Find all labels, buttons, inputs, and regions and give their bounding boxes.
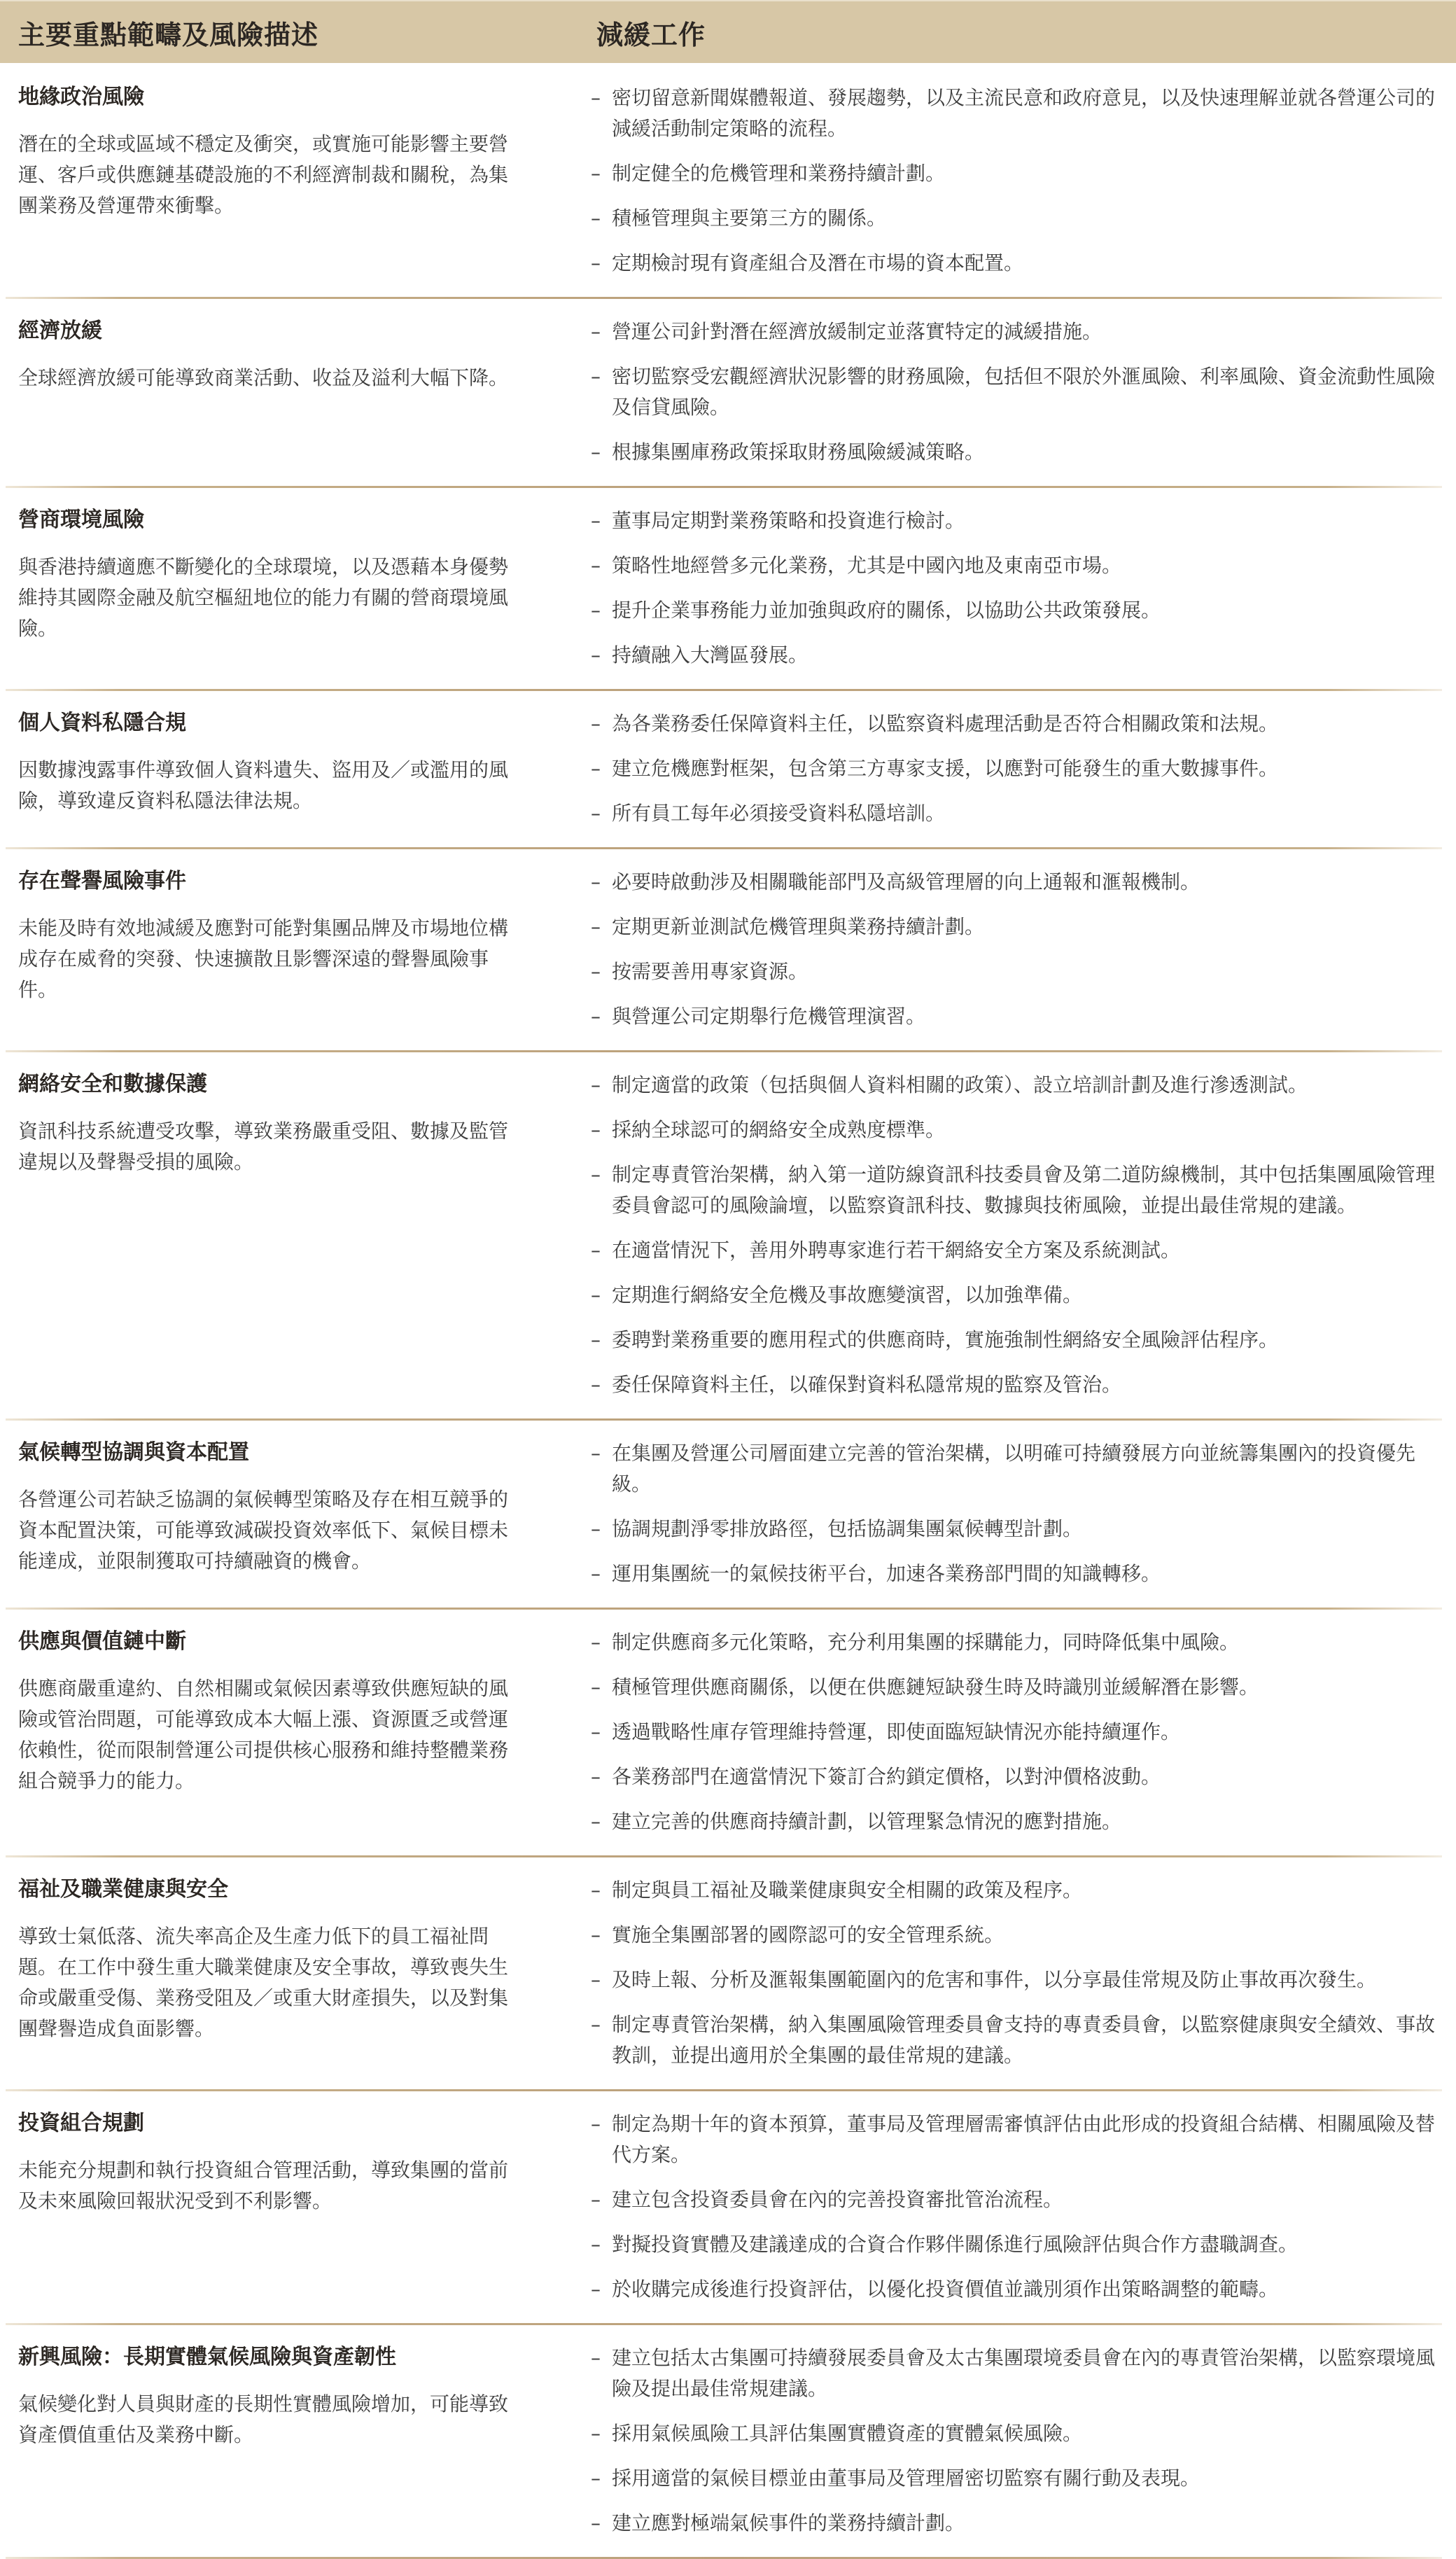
dash-bullet-icon: – [591,867,612,898]
mitigation-list: –營運公司針對潛在經濟放緩制定並落實特定的減緩措施。–密切監察受宏觀經濟狀況影響… [591,316,1442,468]
mitigation-text: 密切留意新聞媒體報道、發展趨勢，以及主流民意和政府意見，以及快速理解並就各營運公… [612,83,1442,144]
dash-bullet-icon: – [591,798,612,829]
table-row: 投資組合規劃未能充分規劃和執行投資組合管理活動，導致集團的當前及未來風險回報狀況… [0,2089,1456,2323]
mitigation-list: –密切留意新聞媒體報道、發展趨勢，以及主流民意和政府意見，以及快速理解並就各營運… [591,83,1442,279]
mitigation-text: 建立完善的供應商持續計劃，以管理緊急情況的應對措施。 [612,1806,1121,1837]
dash-bullet-icon: – [591,1514,612,1545]
mitigation-text: 對擬投資實體及建議達成的合資合作夥伴關係進行風險評估與合作方盡職調查。 [612,2229,1298,2260]
mitigation-text: 建立包含投資委員會在內的完善投資審批管治流程。 [612,2184,1063,2215]
dash-bullet-icon: – [591,1159,612,1221]
mitigation-text: 密切監察受宏觀經濟狀況影響的財務風險，包括但不限於外滙風險、利率風險、資金流動性… [612,361,1442,423]
dash-bullet-icon: – [591,640,612,671]
dash-bullet-icon: – [591,1627,612,1658]
mitigation-item: –定期檢討現有資產組合及潛在市場的資本配置。 [591,248,1442,279]
mitigation-list: –制定適當的政策（包括與個人資料相關的政策）、設立培訓計劃及進行滲透測試。–採納… [591,1070,1442,1400]
dash-bullet-icon: – [591,1875,612,1906]
mitigation-item: –建立包含投資委員會在內的完善投資審批管治流程。 [591,2184,1442,2215]
mitigation-list: –制定為期十年的資本預算，董事局及管理層需審慎評估由此形成的投資組合結構、相關風… [591,2109,1442,2305]
mitigation-item: –採用適當的氣候目標並由董事局及管理層密切監察有關行動及表現。 [591,2463,1442,2494]
table-row: 福祉及職業健康與安全導致士氣低落、流失率高企及生產力低下的員工福祉問題。在工作中… [0,1855,1456,2089]
mitigation-item: –透過戰略性庫存管理維持營運，即使面臨短缺情況亦能持續運作。 [591,1717,1442,1748]
dash-bullet-icon: – [591,1806,612,1837]
mitigation-cell: –制定適當的政策（包括與個人資料相關的政策）、設立培訓計劃及進行滲透測試。–採納… [574,1070,1456,1400]
table-row: 個人資料私隱合規因數據洩露事件導致個人資料遺失、盜用及／或濫用的風險，導致違反資… [0,689,1456,847]
risk-description: 導致士氣低落、流失率高企及生產力低下的員工福祉問題。在工作中發生重大職業健康及安… [18,1921,511,2044]
mitigation-text: 提升企業事務能力並加強與政府的關係，以協助公共政策發展。 [612,595,1161,626]
dash-bullet-icon: – [591,1559,612,1589]
dash-bullet-icon: – [591,203,612,234]
dash-bullet-icon: – [591,1115,612,1145]
mitigation-item: –委聘對業務重要的應用程式的供應商時，實施強制性網絡安全風險評估程序。 [591,1325,1442,1355]
dash-bullet-icon: – [591,1369,612,1400]
dash-bullet-icon: – [591,2109,612,2170]
table-row: 地緣政治風險潛在的全球或區域不穩定及衝突，或實施可能影響主要營運、客戶或供應鏈基… [0,63,1456,297]
dash-bullet-icon: – [591,248,612,279]
table-row: 經濟放緩全球經濟放緩可能導致商業活動、收益及溢利大幅下降。–營運公司針對潛在經濟… [0,297,1456,486]
mitigation-cell: –為各業務委任保障資料主任，以監察資料處理活動是否符合相關政策和法規。–建立危機… [574,709,1456,829]
mitigation-item: –制定與員工福祉及職業健康與安全相關的政策及程序。 [591,1875,1442,1906]
dash-bullet-icon: – [591,2508,612,2539]
mitigation-list: –董事局定期對業務策略和投資進行檢討。–策略性地經營多元化業務，尤其是中國內地及… [591,505,1442,671]
risk-title: 新興風險：長期實體氣候風險與資產韌性 [18,2343,511,2372]
dash-bullet-icon: – [591,1762,612,1792]
table-row: 氣候轉型協調與資本配置各營運公司若缺乏協調的氣候轉型策略及存在相互競爭的資本配置… [0,1418,1456,1608]
table-row: 新興風險：長期實體氣候風險與資產韌性氣候變化對人員與財產的長期性實體風險增加，可… [0,2323,1456,2557]
dash-bullet-icon: – [591,1965,612,1995]
risk-cell: 個人資料私隱合規因數據洩露事件導致個人資料遺失、盜用及／或濫用的風險，導致違反資… [0,709,574,829]
mitigation-item: –密切留意新聞媒體報道、發展趨勢，以及主流民意和政府意見，以及快速理解並就各營運… [591,83,1442,144]
mitigation-cell: –密切留意新聞媒體報道、發展趨勢，以及主流民意和政府意見，以及快速理解並就各營運… [574,83,1456,279]
risk-title: 營商環境風險 [18,505,511,535]
dash-bullet-icon: – [591,361,612,423]
mitigation-item: –於收購完成後進行投資評估，以優化投資價值並識別須作出策略調整的範疇。 [591,2274,1442,2305]
mitigation-text: 按需要善用專家資源。 [612,956,808,987]
mitigation-cell: –董事局定期對業務策略和投資進行檢討。–策略性地經營多元化業務，尤其是中國內地及… [574,505,1456,671]
mitigation-item: –所有員工每年必須接受資料私隱培訓。 [591,798,1442,829]
mitigation-text: 在集團及營運公司層面建立完善的管治架構，以明確可持續發展方向並統籌集團內的投資優… [612,1438,1442,1500]
mitigation-item: –根據集團庫務政策採取財務風險緩減策略。 [591,437,1442,468]
dash-bullet-icon: – [591,595,612,626]
dash-bullet-icon: – [591,912,612,942]
mitigation-item: –實施全集團部署的國際認可的安全管理系統。 [591,1920,1442,1951]
mitigation-item: –協調規劃淨零排放路徑，包括協調集團氣候轉型計劃。 [591,1514,1442,1545]
mitigation-text: 制定專責管治架構，納入第一道防線資訊科技委員會及第二道防線機制，其中包括集團風險… [612,1159,1442,1221]
mitigation-text: 為各業務委任保障資料主任，以監察資料處理活動是否符合相關政策和法規。 [612,709,1278,739]
mitigation-text: 採用適當的氣候目標並由董事局及管理層密切監察有關行動及表現。 [612,2463,1200,2494]
mitigation-text: 必要時啟動涉及相關職能部門及高級管理層的向上通報和滙報機制。 [612,867,1200,898]
dash-bullet-icon: – [591,2418,612,2449]
mitigation-text: 定期更新並測試危機管理與業務持續計劃。 [612,912,984,942]
mitigation-item: –在集團及營運公司層面建立完善的管治架構，以明確可持續發展方向並統籌集團內的投資… [591,1438,1442,1500]
mitigation-text: 委任保障資料主任，以確保對資料私隱常規的監察及管治。 [612,1369,1121,1400]
mitigation-list: –制定供應商多元化策略，充分利用集團的採購能力，同時降低集中風險。–積極管理供應… [591,1627,1442,1837]
mitigation-text: 運用集團統一的氣候技術平台，加速各業務部門間的知識轉移。 [612,1559,1161,1589]
risk-title: 存在聲譽風險事件 [18,867,511,896]
mitigation-item: –對擬投資實體及建議達成的合資合作夥伴關係進行風險評估與合作方盡職調查。 [591,2229,1442,2260]
dash-bullet-icon: – [591,1672,612,1703]
risk-description: 與香港持續適應不斷變化的全球環境，以及憑藉本身優勢維持其國際金融及航空樞紐地位的… [18,552,511,644]
mitigation-item: –董事局定期對業務策略和投資進行檢討。 [591,505,1442,536]
mitigation-text: 於收購完成後進行投資評估，以優化投資價值並識別須作出策略調整的範疇。 [612,2274,1278,2305]
mitigation-text: 建立包括太古集團可持續發展委員會及太古集團環境委員會在內的專責管治架構，以監察環… [612,2343,1442,2404]
mitigation-item: –在適當情況下，善用外聘專家進行若干網絡安全方案及系統測試。 [591,1235,1442,1266]
mitigation-text: 制定為期十年的資本預算，董事局及管理層需審慎評估由此形成的投資組合結構、相關風險… [612,2109,1442,2170]
mitigation-item: –必要時啟動涉及相關職能部門及高級管理層的向上通報和滙報機制。 [591,867,1442,898]
dash-bullet-icon: – [591,2343,612,2404]
header-risk-label: 主要重點範疇及風險描述 [18,20,318,50]
mitigation-text: 所有員工每年必須接受資料私隱培訓。 [612,798,945,829]
mitigation-item: –建立完善的供應商持續計劃，以管理緊急情況的應對措施。 [591,1806,1442,1837]
risk-description: 潛在的全球或區域不穩定及衝突，或實施可能影響主要營運、客戶或供應鏈基礎設施的不利… [18,129,511,221]
mitigation-item: –建立危機應對框架，包含第三方專家支援，以應對可能發生的重大數據事件。 [591,753,1442,784]
mitigation-text: 在適當情況下，善用外聘專家進行若干網絡安全方案及系統測試。 [612,1235,1180,1266]
risk-cell: 供應與價值鏈中斷供應商嚴重違約、自然相關或氣候因素導致供應短缺的風險或管治問題，… [0,1627,574,1837]
risk-cell: 氣候轉型協調與資本配置各營運公司若缺乏協調的氣候轉型策略及存在相互競爭的資本配置… [0,1438,574,1589]
mitigation-text: 建立應對極端氣候事件的業務持續計劃。 [612,2508,965,2539]
dash-bullet-icon: – [591,1438,612,1500]
mitigation-item: –積極管理與主要第三方的關係。 [591,203,1442,234]
mitigation-cell: –制定為期十年的資本預算，董事局及管理層需審慎評估由此形成的投資組合結構、相關風… [574,2109,1456,2305]
risk-title: 福祉及職業健康與安全 [18,1875,511,1904]
mitigation-text: 採用氣候風險工具評估集團實體資產的實體氣候風險。 [612,2418,1082,2449]
risk-title: 個人資料私隱合規 [18,709,511,738]
mitigation-cell: –必要時啟動涉及相關職能部門及高級管理層的向上通報和滙報機制。–定期更新並測試危… [574,867,1456,1032]
risk-cell: 營商環境風險與香港持續適應不斷變化的全球環境，以及憑藉本身優勢維持其國際金融及航… [0,505,574,671]
mitigation-item: –與營運公司定期舉行危機管理演習。 [591,1001,1442,1032]
risk-description: 未能充分規劃和執行投資組合管理活動，導致集團的當前及未來風險回報狀況受到不利影響… [18,2155,511,2217]
mitigation-text: 根據集團庫務政策採取財務風險緩減策略。 [612,437,984,468]
mitigation-text: 積極管理與主要第三方的關係。 [612,203,886,234]
risk-cell: 福祉及職業健康與安全導致士氣低落、流失率高企及生產力低下的員工福祉問題。在工作中… [0,1875,574,2071]
mitigation-list: –在集團及營運公司層面建立完善的管治架構，以明確可持續發展方向並統籌集團內的投資… [591,1438,1442,1589]
mitigation-text: 制定適當的政策（包括與個人資料相關的政策）、設立培訓計劃及進行滲透測試。 [612,1070,1308,1101]
mitigation-text: 營運公司針對潛在經濟放緩制定並落實特定的減緩措施。 [612,316,1102,347]
mitigation-text: 定期進行網絡安全危機及事故應變演習，以加強準備。 [612,1280,1082,1311]
mitigation-item: –建立應對極端氣候事件的業務持續計劃。 [591,2508,1442,2539]
mitigation-list: –必要時啟動涉及相關職能部門及高級管理層的向上通報和滙報機制。–定期更新並測試危… [591,867,1442,1032]
dash-bullet-icon: – [591,1001,612,1032]
dash-bullet-icon: – [591,1235,612,1266]
mitigation-text: 制定與員工福祉及職業健康與安全相關的政策及程序。 [612,1875,1082,1906]
mitigation-item: –營運公司針對潛在經濟放緩制定並落實特定的減緩措施。 [591,316,1442,347]
dash-bullet-icon: – [591,158,612,189]
dash-bullet-icon: – [591,437,612,468]
mitigation-text: 積極管理供應商關係，以便在供應鏈短缺發生時及時識別並緩解潛在影響。 [612,1672,1259,1703]
dash-bullet-icon: – [591,1717,612,1748]
mitigation-item: –制定適當的政策（包括與個人資料相關的政策）、設立培訓計劃及進行滲透測試。 [591,1070,1442,1101]
table-row: 營商環境風險與香港持續適應不斷變化的全球環境，以及憑藉本身優勢維持其國際金融及航… [0,486,1456,689]
mitigation-cell: –營運公司針對潛在經濟放緩制定並落實特定的減緩措施。–密切監察受宏觀經濟狀況影響… [574,316,1456,468]
header-mitigation-label: 減緩工作 [596,20,706,50]
mitigation-item: –制定專責管治架構，納入第一道防線資訊科技委員會及第二道防線機制，其中包括集團風… [591,1159,1442,1221]
dash-bullet-icon: – [591,316,612,347]
dash-bullet-icon: – [591,550,612,581]
risk-description: 各營運公司若缺乏協調的氣候轉型策略及存在相互競爭的資本配置決策，可能導致減碳投資… [18,1484,511,1577]
mitigation-text: 實施全集團部署的國際認可的安全管理系統。 [612,1920,1004,1951]
mitigation-cell: –制定供應商多元化策略，充分利用集團的採購能力，同時降低集中風險。–積極管理供應… [574,1627,1456,1837]
dash-bullet-icon: – [591,1325,612,1355]
risk-description: 氣候變化對人員與財產的長期性實體風險增加，可能導致資產價值重估及業務中斷。 [18,2389,511,2450]
risk-title: 經濟放緩 [18,316,511,346]
dash-bullet-icon: – [591,709,612,739]
risk-cell: 地緣政治風險潛在的全球或區域不穩定及衝突，或實施可能影響主要營運、客戶或供應鏈基… [0,83,574,279]
mitigation-text: 及時上報、分析及滙報集團範圍內的危害和事件，以分享最佳常規及防止事故再次發生。 [612,1965,1376,1995]
risk-title: 供應與價值鏈中斷 [18,1627,511,1657]
dash-bullet-icon: – [591,2463,612,2494]
risk-description: 未能及時有效地減緩及應對可能對集團品牌及市場地位構成存在威脅的突發、快速擴散且影… [18,913,511,1005]
mitigation-text: 透過戰略性庫存管理維持營運，即使面臨短缺情況亦能持續運作。 [612,1717,1180,1748]
mitigation-item: –密切監察受宏觀經濟狀況影響的財務風險，包括但不限於外滙風險、利率風險、資金流動… [591,361,1442,423]
mitigation-text: 建立危機應對框架，包含第三方專家支援，以應對可能發生的重大數據事件。 [612,753,1278,784]
mitigation-item: –按需要善用專家資源。 [591,956,1442,987]
dash-bullet-icon: – [591,2274,612,2305]
mitigation-item: –各業務部門在適當情況下簽訂合約鎖定價格，以對沖價格波動。 [591,1762,1442,1792]
mitigation-list: –為各業務委任保障資料主任，以監察資料處理活動是否符合相關政策和法規。–建立危機… [591,709,1442,829]
mitigation-item: –制定健全的危機管理和業務持續計劃。 [591,158,1442,189]
mitigation-item: –定期更新並測試危機管理與業務持續計劃。 [591,912,1442,942]
table-row: 供應與價值鏈中斷供應商嚴重違約、自然相關或氣候因素導致供應短缺的風險或管治問題，… [0,1608,1456,1855]
mitigation-text: 定期檢討現有資產組合及潛在市場的資本配置。 [612,248,1023,279]
mitigation-text: 協調規劃淨零排放路徑，包括協調集團氣候轉型計劃。 [612,1514,1082,1545]
mitigation-text: 制定專責管治架構，納入集團風險管理委員會支持的專責委員會，以監察健康與安全績效、… [612,2009,1442,2071]
mitigation-item: –定期進行網絡安全危機及事故應變演習，以加強準備。 [591,1280,1442,1311]
mitigation-item: –制定供應商多元化策略，充分利用集團的採購能力，同時降低集中風險。 [591,1627,1442,1658]
dash-bullet-icon: – [591,505,612,536]
dash-bullet-icon: – [591,1920,612,1951]
header-col-mitigation: 減緩工作 [574,13,1456,52]
dash-bullet-icon: – [591,2009,612,2071]
risk-description: 供應商嚴重違約、自然相關或氣候因素導致供應短缺的風險或管治問題，可能導致成本大幅… [18,1673,511,1797]
mitigation-list: –制定與員工福祉及職業健康與安全相關的政策及程序。–實施全集團部署的國際認可的安… [591,1875,1442,2071]
risk-title: 氣候轉型協調與資本配置 [18,1438,511,1467]
mitigation-text: 策略性地經營多元化業務，尤其是中國內地及東南亞市場。 [612,550,1121,581]
mitigation-text: 持續融入大灣區發展。 [612,640,808,671]
risk-title: 地緣政治風險 [18,83,511,112]
dash-bullet-icon: – [591,83,612,144]
mitigation-cell: –在集團及營運公司層面建立完善的管治架構，以明確可持續發展方向並統籌集團內的投資… [574,1438,1456,1589]
dash-bullet-icon: – [591,1070,612,1101]
mitigation-list: –建立包括太古集團可持續發展委員會及太古集團環境委員會在內的專責管治架構，以監察… [591,2343,1442,2539]
mitigation-item: –持續融入大灣區發展。 [591,640,1442,671]
mitigation-text: 董事局定期對業務策略和投資進行檢討。 [612,505,965,536]
mitigation-cell: –制定與員工福祉及職業健康與安全相關的政策及程序。–實施全集團部署的國際認可的安… [574,1875,1456,2071]
risk-cell: 存在聲譽風險事件未能及時有效地減緩及應對可能對集團品牌及市場地位構成存在威脅的突… [0,867,574,1032]
mitigation-item: –策略性地經營多元化業務，尤其是中國內地及東南亞市場。 [591,550,1442,581]
mitigation-text: 各業務部門在適當情況下簽訂合約鎖定價格，以對沖價格波動。 [612,1762,1161,1792]
risk-description: 全球經濟放緩可能導致商業活動、收益及溢利大幅下降。 [18,363,511,393]
risk-table: 主要重點範疇及風險描述 減緩工作 地緣政治風險潛在的全球或區域不穩定及衝突，或實… [0,0,1456,2559]
dash-bullet-icon: – [591,2229,612,2260]
mitigation-item: –及時上報、分析及滙報集團範圍內的危害和事件，以分享最佳常規及防止事故再次發生。 [591,1965,1442,1995]
dash-bullet-icon: – [591,2184,612,2215]
table-row: 網絡安全和數據保護資訊科技系統遭受攻擊，導致業務嚴重受阻、數據及監管違規以及聲譽… [0,1050,1456,1418]
mitigation-text: 制定供應商多元化策略，充分利用集團的採購能力，同時降低集中風險。 [612,1627,1239,1658]
risk-title: 網絡安全和數據保護 [18,1070,511,1099]
mitigation-item: –積極管理供應商關係，以便在供應鏈短缺發生時及時識別並緩解潛在影響。 [591,1672,1442,1703]
dash-bullet-icon: – [591,753,612,784]
mitigation-item: –採納全球認可的網絡安全成熟度標準。 [591,1115,1442,1145]
mitigation-text: 制定健全的危機管理和業務持續計劃。 [612,158,945,189]
risk-description: 資訊科技系統遭受攻擊，導致業務嚴重受阻、數據及監管違規以及聲譽受損的風險。 [18,1116,511,1178]
mitigation-item: –委任保障資料主任，以確保對資料私隱常規的監察及管治。 [591,1369,1442,1400]
mitigation-text: 採納全球認可的網絡安全成熟度標準。 [612,1115,945,1145]
mitigation-text: 與營運公司定期舉行危機管理演習。 [612,1001,925,1032]
mitigation-item: –制定為期十年的資本預算，董事局及管理層需審慎評估由此形成的投資組合結構、相關風… [591,2109,1442,2170]
table-header: 主要重點範疇及風險描述 減緩工作 [0,0,1456,63]
mitigation-item: –運用集團統一的氣候技術平台，加速各業務部門間的知識轉移。 [591,1559,1442,1589]
mitigation-item: –採用氣候風險工具評估集團實體資產的實體氣候風險。 [591,2418,1442,2449]
mitigation-cell: –建立包括太古集團可持續發展委員會及太古集團環境委員會在內的專責管治架構，以監察… [574,2343,1456,2539]
dash-bullet-icon: – [591,1280,612,1311]
risk-title: 投資組合規劃 [18,2109,511,2138]
mitigation-item: –提升企業事務能力並加強與政府的關係，以協助公共政策發展。 [591,595,1442,626]
dash-bullet-icon: – [591,956,612,987]
risk-cell: 投資組合規劃未能充分規劃和執行投資組合管理活動，導致集團的當前及未來風險回報狀況… [0,2109,574,2305]
mitigation-item: –建立包括太古集團可持續發展委員會及太古集團環境委員會在內的專責管治架構，以監察… [591,2343,1442,2404]
risk-cell: 新興風險：長期實體氣候風險與資產韌性氣候變化對人員與財產的長期性實體風險增加，可… [0,2343,574,2539]
risk-cell: 經濟放緩全球經濟放緩可能導致商業活動、收益及溢利大幅下降。 [0,316,574,468]
risk-description: 因數據洩露事件導致個人資料遺失、盜用及／或濫用的風險，導致違反資料私隱法律法規。 [18,755,511,816]
mitigation-text: 委聘對業務重要的應用程式的供應商時，實施強制性網絡安全風險評估程序。 [612,1325,1278,1355]
header-col-risk: 主要重點範疇及風險描述 [0,13,574,52]
risk-cell: 網絡安全和數據保護資訊科技系統遭受攻擊，導致業務嚴重受阻、數據及監管違規以及聲譽… [0,1070,574,1400]
mitigation-item: –制定專責管治架構，納入集團風險管理委員會支持的專責委員會，以監察健康與安全績效… [591,2009,1442,2071]
mitigation-item: –為各業務委任保障資料主任，以監察資料處理活動是否符合相關政策和法規。 [591,709,1442,739]
table-row: 存在聲譽風險事件未能及時有效地減緩及應對可能對集團品牌及市場地位構成存在威脅的突… [0,847,1456,1050]
table-body: 地緣政治風險潛在的全球或區域不穩定及衝突，或實施可能影響主要營運、客戶或供應鏈基… [0,63,1456,2557]
